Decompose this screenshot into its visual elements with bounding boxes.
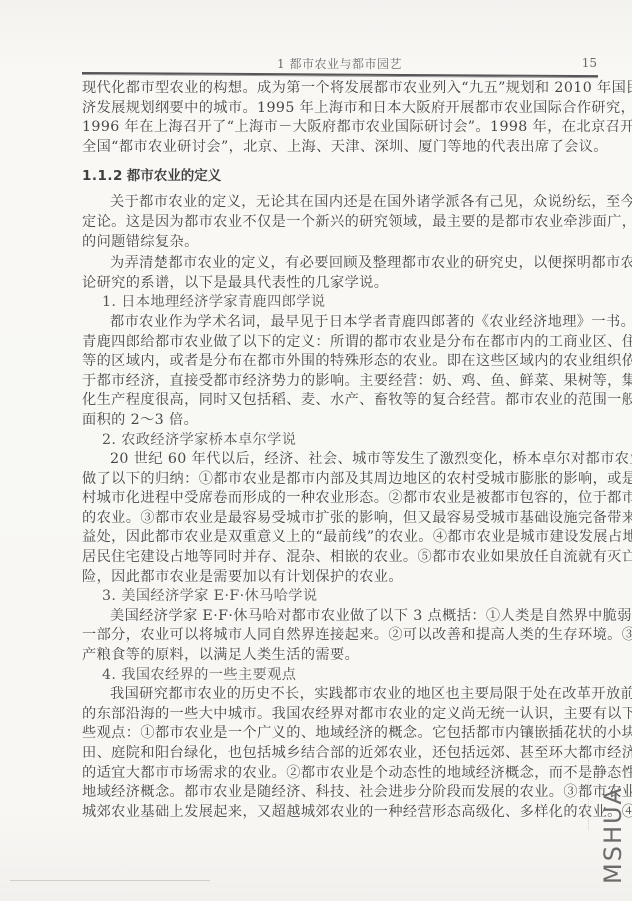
paragraph-overview: 为弄清楚都市农业的定义，有必要回顾及整理都市农业的研究史，以便探明都市农业理 论…: [82, 254, 598, 293]
section-title: 都市农业的定义: [127, 168, 222, 184]
text-line: 美国经济学家 E·F·休马哈对都市农业做了以下 3 点概括：①人类是自然界中脆弱…: [82, 607, 598, 627]
paragraph-aoka-shiro: 都市农业作为学术名词，最早见于日本学者青鹿四郎著的《农业经济地理》一书。当时 青…: [82, 313, 598, 431]
chapter-title: 1 都市农业与都市园艺: [82, 55, 597, 72]
text-line: 村城市化进程中受席卷而形成的一种农业形态。②都市农业是被都市包容的，位于都市中: [82, 489, 598, 509]
text-line: 城郊农业基础上发展起来，又超越城郊农业的一种经营形态高级化、多样化的农业。④都市: [82, 803, 598, 823]
text-line: 全国“都市农业研讨会”，北京、上海、天津、深圳、厦门等地的代表出席了会议。: [82, 138, 598, 158]
text-line: 的东部沿海的一些大中城市。我国农经界对都市农业的定义尚无统一认识，主要有以下一: [82, 705, 598, 725]
text-line: 产粮食等的原料，以满足人类生活的需要。: [82, 646, 598, 666]
text-line: 益处，因此都市农业是双重意义上的“最前线”的农业。④都市农业是城市建设发展占地和: [82, 528, 598, 548]
paragraph-hashimoto: 20 世纪 60 年代以后，经济、社会、城市等发生了激烈变化，桥本卓尔对都市农业…: [82, 450, 598, 587]
text-line: 居民住宅建设占地等同时并存、混杂、相嵌的农业。⑤都市农业如果放任自流就有灭亡的危: [82, 548, 598, 568]
paragraph-schumacher: 美国经济学家 E·F·休马哈对都市农业做了以下 3 点概括：①人类是自然界中脆弱…: [82, 607, 598, 666]
text-line: 1996 年在上海召开了“上海市－大阪府都市农业国际研讨会”。1998 年，在北…: [82, 118, 598, 138]
text-line: 面积的 2～3 倍。: [82, 411, 598, 431]
scan-artifact: [588, 760, 592, 830]
list-item-4-title: 4. 我国农经界的一些主要观点: [82, 666, 598, 686]
text-line: 现代化都市型农业的构想。成为第一个将发展都市农业列入“九五”规划和 2010 年…: [82, 79, 598, 99]
watermark-text: MSHUA: [599, 786, 627, 884]
paragraph-china-views: 我国研究都市农业的历史不长，实践都市农业的地区也主要局限于处在改革开放前沿 的东…: [82, 685, 598, 822]
text-line: 20 世纪 60 年代以后，经济、社会、城市等发生了激烈变化，桥本卓尔对都市农业…: [82, 450, 598, 470]
text-line: 的问题错综复杂。: [82, 233, 598, 253]
text-line: 济发展规划纲要中的城市。1995 年上海市和日本大阪府开展都市农业国际合作研究，…: [82, 99, 598, 119]
text-line: 化生产程度很高，同时又包括稻、麦、水产、畜牧等的复合经营。都市农业的范围一般是都…: [82, 391, 598, 411]
text-line: 地域经济概念。都市农业是随经济、科技、社会进步分阶段而发展的农业。③都市农业是在: [82, 783, 598, 803]
book-page: 1 都市农业与都市园艺 15 现代化都市型农业的构想。成为第一个将发展都市农业列…: [0, 0, 632, 901]
section-number: 1.1.2: [82, 161, 122, 191]
text-line: 于都市经济，直接受都市经济势力的影响。主要经营：奶、鸡、鱼、鲜菜、果树等，集约化…: [82, 372, 598, 392]
running-head: 1 都市农业与都市园艺 15: [82, 53, 597, 73]
paragraph-intro: 关于都市农业的定义，无论其在国内还是在国外诸学派各有己见，众说纷纭，至今难有 定…: [82, 193, 598, 252]
text-line: 论研究的系谱，以下是最具代表性的几家学说。: [82, 274, 598, 294]
page-number: 15: [582, 56, 597, 70]
text-line: 等的区域内，或者是分布在都市外围的特殊形态的农业。即在这些区域内的农业组织依附: [82, 352, 598, 372]
text-line: 的适宜大都市市场需求的农业。②都市农业是个动态性的地域经济概念，而不是静态性的: [82, 764, 598, 784]
text-line: 都市农业作为学术名词，最早见于日本学者青鹿四郎著的《农业经济地理》一书。当时: [82, 313, 598, 333]
text-line: 青鹿四郎给都市农业做了以下的定义：所谓的都市农业是分布在都市内的工商业区、住宅区: [82, 333, 598, 353]
text-line: 为弄清楚都市农业的定义，有必要回顾及整理都市农业的研究史，以便探明都市农业理: [82, 254, 598, 274]
text-line: 我国研究都市农业的历史不长，实践都市农业的地区也主要局限于处在改革开放前沿: [82, 685, 598, 705]
text-line: 些观点：①都市农业是一个广义的、地域经济的概念。它包括都市内镶嵌插花状的小块农: [82, 724, 598, 744]
text-line: 田、庭院和阳台绿化，也包括城乡结合部的近郊农业，还包括远郊、甚至环大都市经济圈在…: [82, 744, 598, 764]
list-item-1-title: 1. 日本地理经济学家青鹿四郎学说: [82, 293, 598, 313]
page-body: 现代化都市型农业的构想。成为第一个将发展都市农业列入“九五”规划和 2010 年…: [82, 79, 598, 822]
list-item-3-title: 3. 美国经济学家 E·F·休马哈学说: [82, 587, 598, 607]
text-line: 的农业。③都市农业是最容易受城市扩张的影响，但又最容易受城市基础设施完备带来的: [82, 509, 598, 529]
text-line: 定论。这是因为都市农业不仅是一个新兴的研究领域，最主要的是都市农业牵涉面广，涉及: [82, 213, 598, 233]
section-heading: 1.1.2 都市农业的定义: [82, 161, 598, 191]
watermark: MSHUA: [598, 775, 628, 895]
list-item-2-title: 2. 农政经济学家桥本卓尔学说: [82, 431, 598, 451]
scan-edge-line: [10, 880, 210, 881]
paragraph-continuation: 现代化都市型农业的构想。成为第一个将发展都市农业列入“九五”规划和 2010 年…: [82, 79, 598, 157]
text-line: 做了以下的归纳：①都市农业是都市内部及其周边地区的农村受城市膨胀的影响，或是在农: [82, 470, 598, 490]
text-line: 关于都市农业的定义，无论其在国内还是在国外诸学派各有己见，众说纷纭，至今难有: [82, 193, 598, 213]
text-line: 一部分，农业可以将城市人同自然界连接起来。②可以改善和提高人类的生存环境。③生: [82, 626, 598, 646]
text-line: 险，因此都市农业是需要加以有计划保护的农业。: [82, 568, 598, 588]
